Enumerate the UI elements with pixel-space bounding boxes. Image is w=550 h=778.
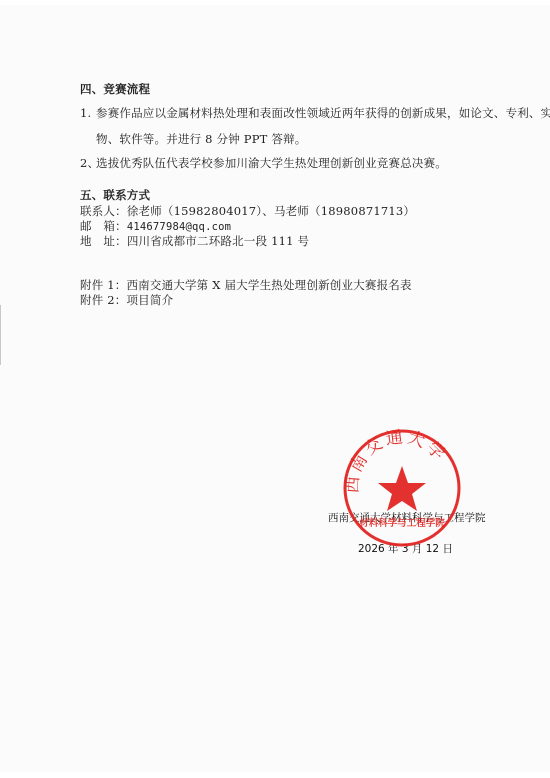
contact-label: 联系人： (80, 204, 127, 218)
contact-value: 徐老师（15982804017）、马老师（18980871713） (127, 204, 415, 218)
list-item-text: 参赛作品应以金属材料热处理和表面改性领域近两年获得的创新成果，如论文、专利、实 (96, 106, 550, 120)
address-value: 四川省成都市二环路北一段 111 号 (127, 234, 309, 248)
attachment-text: 项目简介 (126, 293, 173, 307)
address-row: 地 址：四川省成都市二环路北一段 111 号 (80, 234, 309, 248)
list-item-text: 选拔优秀队伍代表学校参加川渝大学生热处理创新创业竞赛总决赛。 (96, 156, 447, 170)
attachment-item: 附件 1：西南交通大学第 X 届大学生热处理创新创业大赛报名表 (80, 278, 412, 292)
scan-artifact (0, 305, 1, 365)
list-item-number: 1. (80, 106, 91, 120)
official-seal-icon: 西南交通大学 材料科学与工程学院 (342, 428, 462, 548)
document-page: 四、竞赛流程 1. 参赛作品应以金属材料热处理和表面改性领域近两年获得的创新成果… (0, 5, 550, 772)
section-heading-process: 四、竞赛流程 (80, 82, 150, 96)
attachment-text: 西南交通大学第 X 届大学生热处理创新创业大赛报名表 (126, 278, 411, 292)
contact-row: 联系人：徐老师（15982804017）、马老师（18980871713） (80, 204, 415, 218)
email-label: 邮 箱： (80, 219, 127, 233)
list-item-text-continued: 物、软件等。并进行 8 分钟 PPT 答辩。 (96, 132, 306, 146)
attachment-label: 附件 1： (80, 278, 126, 292)
attachment-item: 附件 2：项目简介 (80, 293, 173, 307)
svg-text:材料科学与工程学院: 材料科学与工程学院 (359, 517, 445, 529)
email-value: 414677984@qq.com (127, 221, 231, 233)
section-heading-contact: 五、联系方式 (80, 188, 150, 202)
email-row: 邮 箱：414677984@qq.com (80, 219, 231, 234)
address-label: 地 址： (80, 234, 127, 248)
attachment-label: 附件 2： (80, 293, 126, 307)
